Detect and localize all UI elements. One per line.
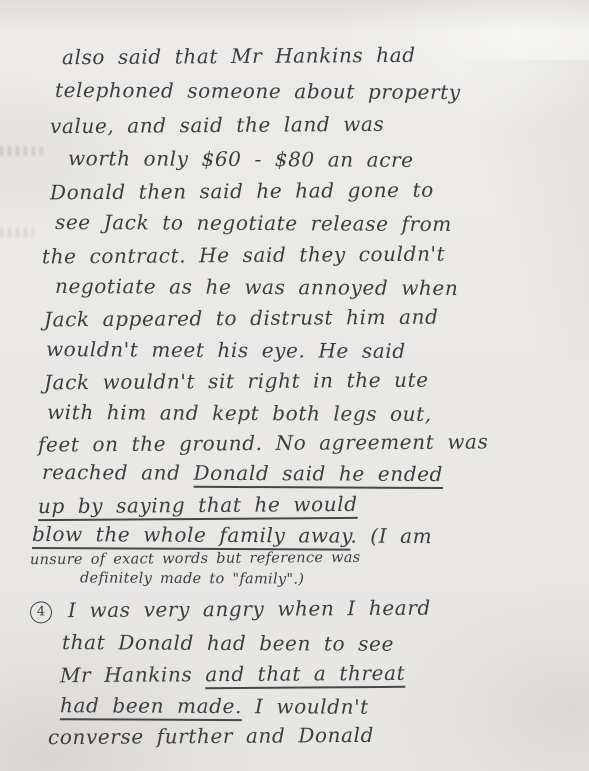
- text-segment: the contract. He said they couldn't: [42, 242, 445, 269]
- text-segment: worth only $60 - $80 an acre: [68, 146, 414, 172]
- text-segment: value, and said the land was: [50, 112, 385, 138]
- item-number-marker: 4: [30, 601, 52, 623]
- handwritten-line: feet on the ground. No agreement was: [38, 429, 489, 456]
- text-segment: negotiate as he was annoyed when: [55, 274, 458, 300]
- text-segment: telephoned someone about property: [55, 78, 461, 104]
- text-segment: Mr Hankins: [60, 662, 205, 687]
- handwritten-line: reached and Donald said he ended: [42, 460, 443, 486]
- underlined-text-segment: up by saying that he would: [38, 492, 358, 518]
- underlined-text-segment: had been made.: [60, 693, 242, 718]
- text-segment: unsure of exact words but reference was: [30, 550, 361, 568]
- text-segment: I wouldn't: [242, 694, 369, 719]
- text-segment: Donald then said he had gone to: [50, 178, 434, 205]
- text-segment: also said that Mr Hankins had: [62, 43, 416, 69]
- handwritten-line: 4I was very angry when I heard: [30, 596, 431, 623]
- handwritten-line: see Jack to negotiate release from: [55, 210, 452, 236]
- handwritten-line: Mr Hankins and that a threat: [60, 661, 405, 687]
- underlined-text-segment: blow the whole family away: [32, 522, 351, 548]
- handwritten-line: with him and kept both legs out,: [47, 400, 432, 426]
- text-segment: Jack appeared to distrust him and: [44, 305, 439, 332]
- text-segment: wouldn't meet his eye. He said: [46, 337, 406, 363]
- handwritten-line-small: unsure of exact words but reference was: [30, 550, 361, 568]
- handwritten-line: also said that Mr Hankins had: [62, 43, 416, 69]
- text-segment: see Jack to negotiate release from: [55, 210, 452, 236]
- handwritten-line: negotiate as he was annoyed when: [55, 274, 458, 300]
- underlined-text-segment: and that a threat: [205, 661, 405, 686]
- handwritten-line: telephoned someone about property: [55, 78, 461, 104]
- handwritten-line: that Donald had been to see: [62, 630, 394, 656]
- handwritten-line: had been made. I wouldn't: [60, 693, 369, 719]
- text-segment: I was very angry when I heard: [68, 596, 431, 623]
- text-segment: feet on the ground. No agreement was: [38, 429, 489, 456]
- paper-crease-shading: [0, 0, 589, 40]
- handwritten-line-small: definitely made to "family".): [80, 570, 304, 587]
- text-segment: converse further and Donald: [48, 723, 374, 749]
- handwritten-line: Donald then said he had gone to: [50, 178, 434, 205]
- handwritten-line: the contract. He said they couldn't: [42, 242, 445, 269]
- text-segment: Jack wouldn't sit right in the ute: [44, 368, 429, 395]
- handwritten-line: blow the whole family away. (I am: [32, 522, 432, 548]
- document-page: also said that Mr Hankins had telephoned…: [0, 0, 589, 771]
- text-segment: with him and kept both legs out,: [47, 400, 432, 426]
- paper-crease-shading: [429, 60, 589, 360]
- text-segment: definitely made to "family".): [80, 570, 304, 587]
- text-segment: that Donald had been to see: [62, 630, 394, 656]
- scan-smudge: [0, 146, 46, 156]
- handwritten-line: converse further and Donald: [48, 723, 374, 749]
- text-segment: reached and: [42, 460, 194, 485]
- scan-smudge: [0, 228, 34, 238]
- handwritten-line: wouldn't meet his eye. He said: [46, 337, 406, 363]
- underlined-text-segment: Donald said he ended: [194, 461, 444, 486]
- handwritten-line: up by saying that he would: [38, 492, 358, 518]
- text-segment: . (I am: [350, 524, 432, 548]
- handwritten-line: worth only $60 - $80 an acre: [68, 146, 414, 172]
- handwritten-line: Jack appeared to distrust him and: [44, 305, 439, 332]
- handwritten-line: value, and said the land was: [50, 112, 385, 138]
- handwritten-line: Jack wouldn't sit right in the ute: [44, 368, 429, 395]
